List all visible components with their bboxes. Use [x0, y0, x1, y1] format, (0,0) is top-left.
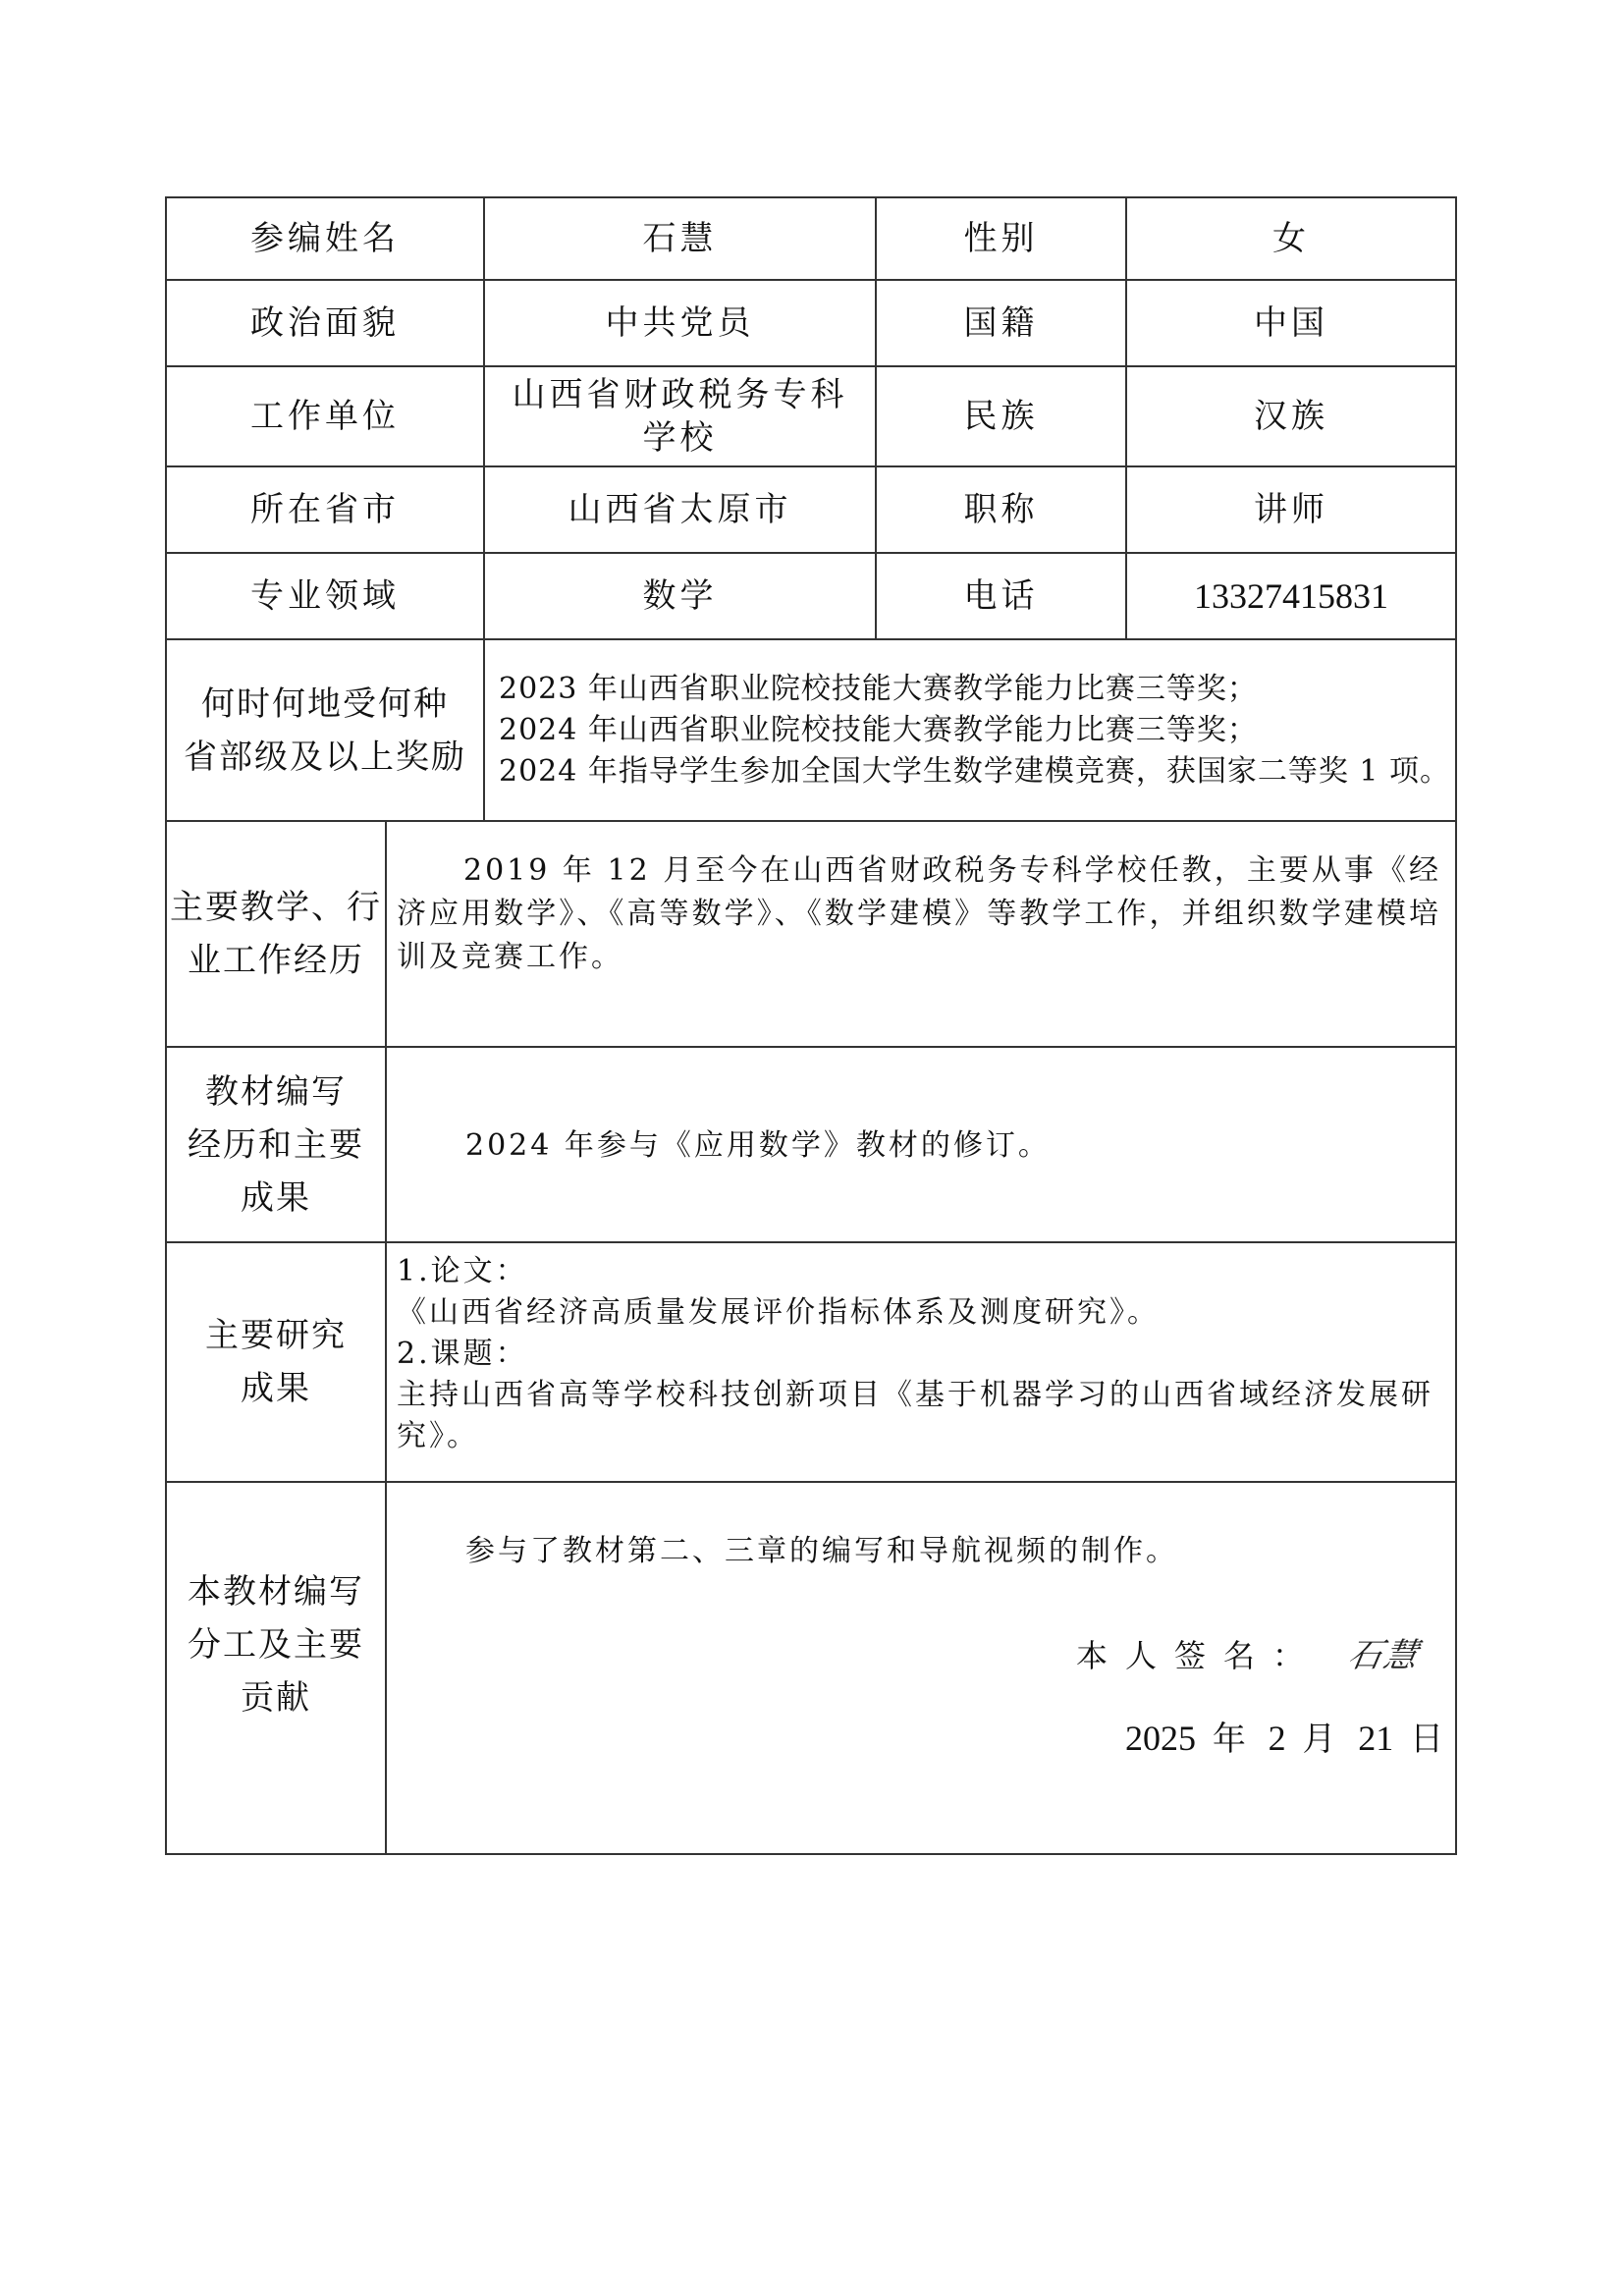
- research-content: 1.论文： 《山西省经济高质量发展评价指标体系及测度研究》。 2.课题： 主持山…: [387, 1243, 1455, 1481]
- label-cell: 参编姓名: [167, 198, 485, 279]
- table-row-research: 主要研究 成果 1.论文： 《山西省经济高质量发展评价指标体系及测度研究》。 2…: [167, 1243, 1455, 1483]
- table-row-textbook-history: 教材编写 经历和主要 成果 2024 年参与《应用数学》教材的修订。: [167, 1048, 1455, 1243]
- ethnicity-label: 民族: [964, 394, 1039, 439]
- textbook-label-line3: 成果: [241, 1172, 311, 1225]
- value-cell: 讲师: [1127, 467, 1455, 552]
- award-item: 2024 年指导学生参加全国大学生数学建模竞赛，获国家二等奖 1 项。: [499, 751, 1450, 793]
- table-row-contribution: 本教材编写 分工及主要 贡献 参与了教材第二、三章的编写和导航视频的制作。 本人…: [167, 1483, 1455, 1855]
- phone-label: 电话: [964, 574, 1039, 619]
- contribution-label-line3: 贡献: [241, 1671, 311, 1724]
- handwritten-signature: 石慧: [1345, 1628, 1425, 1676]
- label-cell: 政治面貌: [167, 281, 485, 365]
- label-cell: 教材编写 经历和主要 成果: [167, 1048, 387, 1241]
- research-line: 2.课题：: [397, 1334, 1441, 1375]
- employer-value-line2: 学校: [643, 416, 718, 460]
- contribution-label-line2: 分工及主要: [188, 1618, 364, 1671]
- contribution-text: 参与了教材第二、三章的编写和导航视频的制作。: [465, 1526, 1178, 1569]
- title-value: 讲师: [1254, 487, 1328, 532]
- province-label: 所在省市: [250, 487, 400, 532]
- experience-content: 2019 年 12 月至今在山西省财政税务专科学校任教，主要从事《经济应用数学》…: [387, 822, 1455, 1046]
- research-line: 1.论文：: [397, 1251, 1441, 1292]
- award-item: 2024 年山西省职业院校技能大赛教学能力比赛三等奖；: [499, 710, 1450, 751]
- value-cell: 女: [1127, 198, 1455, 279]
- table-row: 所在省市 山西省太原市 职称 讲师: [167, 467, 1455, 554]
- document-page: 参编姓名 石慧 性别 女 政治面貌 中共党员 国籍 中国 工作单位 山西省财政税…: [0, 0, 1622, 2296]
- table-row: 工作单位 山西省财政税务专科 学校 民族 汉族: [167, 367, 1455, 467]
- research-line: 《山西省经济高质量发展评价指标体系及测度研究》。: [397, 1292, 1441, 1334]
- value-cell: 中共党员: [485, 281, 877, 365]
- phone-value: 13327415831: [1194, 574, 1388, 619]
- date-month: 2: [1269, 1719, 1286, 1758]
- field-label: 专业领域: [250, 574, 400, 619]
- textbook-text: 2024 年参与《应用数学》教材的修订。: [465, 1121, 1051, 1164]
- value-cell: 山西省太原市: [485, 467, 877, 552]
- value-cell: 汉族: [1127, 367, 1455, 465]
- textbook-content: 2024 年参与《应用数学》教材的修订。: [387, 1048, 1455, 1241]
- nationality-label: 国籍: [964, 301, 1039, 346]
- value-cell: 中国: [1127, 281, 1455, 365]
- research-label-line1: 主要研究: [205, 1309, 347, 1362]
- field-value: 数学: [643, 574, 718, 619]
- value-cell: 山西省财政税务专科 学校: [485, 367, 877, 465]
- label-cell: 国籍: [877, 281, 1127, 365]
- awards-label-line2: 省部级及以上奖励: [184, 731, 466, 784]
- date-year-unit: 年: [1213, 1720, 1252, 1759]
- award-item: 2023 年山西省职业院校技能大赛教学能力比赛三等奖；: [499, 669, 1450, 710]
- textbook-label-line1: 教材编写: [205, 1066, 347, 1119]
- label-cell: 电话: [877, 554, 1127, 638]
- label-cell: 专业领域: [167, 554, 485, 638]
- signature-label: 本人签名：: [1076, 1637, 1322, 1674]
- contribution-content: 参与了教材第二、三章的编写和导航视频的制作。 本人签名： 石慧 2025 年 2…: [387, 1483, 1455, 1855]
- date-day-unit: 日: [1410, 1720, 1449, 1759]
- author-info-table: 参编姓名 石慧 性别 女 政治面貌 中共党员 国籍 中国 工作单位 山西省财政税…: [165, 196, 1457, 1855]
- label-cell: 职称: [877, 467, 1127, 552]
- political-label: 政治面貌: [250, 301, 400, 346]
- label-cell: 民族: [877, 367, 1127, 465]
- table-row-experience: 主要教学、行 业工作经历 2019 年 12 月至今在山西省财政税务专科学校任教…: [167, 822, 1455, 1048]
- research-label-line2: 成果: [241, 1362, 311, 1415]
- label-cell: 主要教学、行 业工作经历: [167, 822, 387, 1046]
- table-row-awards: 何时何地受何种 省部级及以上奖励 2023 年山西省职业院校技能大赛教学能力比赛…: [167, 640, 1455, 822]
- awards-label-line1: 何时何地受何种: [201, 678, 449, 731]
- date-day: 21: [1358, 1719, 1393, 1758]
- ethnicity-value: 汉族: [1254, 394, 1328, 439]
- label-cell: 本教材编写 分工及主要 贡献: [167, 1483, 387, 1855]
- label-cell: 主要研究 成果: [167, 1243, 387, 1481]
- political-value: 中共党员: [606, 301, 755, 346]
- table-row: 专业领域 数学 电话 13327415831: [167, 554, 1455, 640]
- label-cell: 所在省市: [167, 467, 485, 552]
- nationality-value: 中国: [1254, 301, 1328, 346]
- employer-label: 工作单位: [250, 394, 400, 439]
- name-label: 参编姓名: [250, 216, 400, 261]
- title-label: 职称: [964, 487, 1039, 532]
- date-year: 2025: [1125, 1719, 1196, 1758]
- label-cell: 工作单位: [167, 367, 485, 465]
- textbook-label-line2: 经历和主要: [188, 1119, 364, 1172]
- signature-date: 2025 年 2 月 21 日: [1125, 1712, 1449, 1760]
- table-row: 政治面貌 中共党员 国籍 中国: [167, 281, 1455, 367]
- gender-label: 性别: [964, 216, 1039, 261]
- experience-text: 2019 年 12 月至今在山西省财政税务专科学校任教，主要从事《经济应用数学》…: [397, 849, 1441, 979]
- gender-value: 女: [1272, 216, 1310, 261]
- label-cell: 性别: [877, 198, 1127, 279]
- research-line: 主持山西省高等学校科技创新项目《基于机器学习的山西省域经济发展研究》。: [397, 1375, 1441, 1457]
- signature-line: 本人签名： 石慧: [1076, 1628, 1420, 1676]
- label-cell: 何时何地受何种 省部级及以上奖励: [167, 640, 485, 820]
- date-month-unit: 月: [1302, 1720, 1341, 1759]
- name-value: 石慧: [643, 216, 718, 261]
- contribution-label-line1: 本教材编写: [188, 1565, 364, 1618]
- experience-label-line1: 主要教学、行: [170, 881, 382, 934]
- value-cell: 13327415831: [1127, 554, 1455, 638]
- employer-value-line1: 山西省财政税务专科: [513, 373, 848, 416]
- table-row: 参编姓名 石慧 性别 女: [167, 198, 1455, 281]
- province-value: 山西省太原市: [568, 487, 792, 532]
- value-cell: 石慧: [485, 198, 877, 279]
- value-cell: 数学: [485, 554, 877, 638]
- experience-label-line2: 业工作经历: [188, 934, 364, 987]
- awards-content: 2023 年山西省职业院校技能大赛教学能力比赛三等奖； 2024 年山西省职业院…: [485, 640, 1455, 820]
